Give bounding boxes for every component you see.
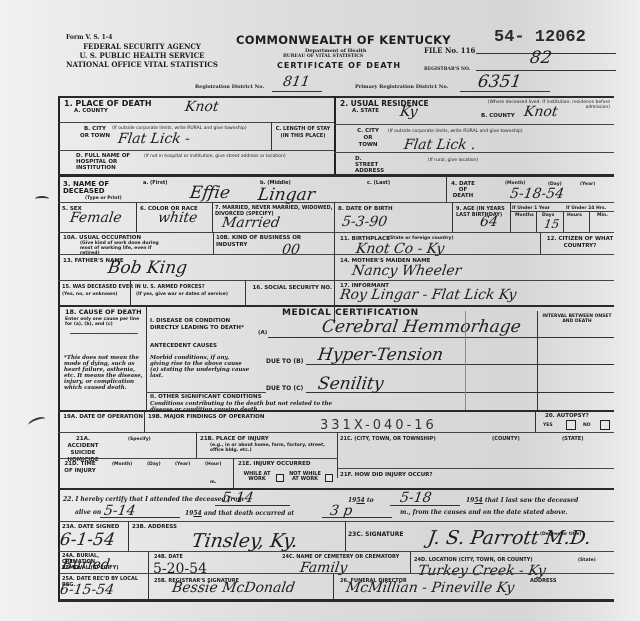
not-while-at-work-label: NOT WHILE AT WORK	[286, 472, 324, 482]
cause-line-a-value: Cerebral Hemmorhage	[321, 317, 523, 337]
date-of-birth-value: 5-3-90	[341, 214, 388, 230]
injury-county-label: (COUNTY)	[492, 436, 520, 443]
date-of-death-value: 5-18-54	[509, 186, 565, 202]
certification-statement-3: and that death occurred at	[204, 510, 294, 517]
length-of-stay-label: c. LENGTH OF STAY (in this place)	[274, 126, 332, 140]
autopsy-yes-label: YES	[543, 423, 553, 428]
burial-date-label: 24b. DATE	[154, 554, 183, 561]
cause-of-death-note: Enter only one cause per line for (a), (…	[65, 317, 145, 327]
operation-date-label: 19a. DATE OF OPERATION	[63, 414, 143, 421]
place-of-injury-note: (e.g., in or about home, farm, factory, …	[210, 443, 335, 453]
date-received-value: 6-15-54	[59, 582, 115, 598]
injury-month-label: (Month)	[112, 462, 132, 467]
other-conditions-label: II. OTHER SIGNIFICANT CONDITIONS	[150, 394, 262, 401]
death-county-value: Knot	[184, 99, 220, 115]
line-a-marker: (a)	[258, 330, 267, 337]
antecedent-note: Morbid conditions, if any, giving rise t…	[150, 355, 250, 379]
citizen-label: 12. CITIZEN OF WHAT COUNTRY?	[545, 236, 615, 250]
alive-on-value: 5-14	[103, 503, 137, 519]
place-of-injury-label: 21b. PLACE OF INJURY	[200, 436, 269, 443]
agency-line: U. S. PUBLIC HEALTH SERVICE	[62, 51, 222, 60]
death-county-label: a. COUNTY	[74, 108, 108, 115]
cause-line-c-value: Senility	[317, 374, 385, 394]
father-name-value: Bob King	[107, 258, 189, 278]
form-number: Form V. S. 1-4	[66, 34, 112, 41]
residence-city-note: (If outside corporate limits, write RURA…	[388, 129, 523, 134]
due-to-c-label: DUE TO (c)	[266, 385, 303, 392]
classification-code: 331X-040-16	[320, 418, 437, 433]
cause-footnote: *This does not mean the mode of dying, s…	[64, 355, 144, 391]
date-of-death-label: 4. DATE OF DEATH	[450, 181, 476, 199]
burial-value: Buried	[61, 557, 111, 573]
to-label: to	[367, 497, 374, 504]
primary-district-label: Primary Registration District No.	[355, 84, 448, 90]
antecedent-causes-label: ANTECEDENT CAUSES	[150, 343, 217, 350]
time-of-injury-label: 21d. TIME OF INJURY	[63, 461, 97, 475]
address-label: 23b. ADDRESS	[132, 524, 177, 531]
signature-label: 23c. SIGNATURE	[348, 531, 403, 538]
death-time-value: 3 p	[329, 503, 354, 519]
not-while-at-work-checkbox[interactable]	[325, 474, 333, 482]
first-name-value: Effie	[189, 183, 232, 203]
registration-district-value: 811	[282, 74, 311, 90]
death-certificate-page: Form V. S. 1-4 FEDERAL SECURITY AGENCY U…	[0, 0, 640, 621]
residence-state-label: a. STATE	[352, 108, 379, 115]
business-value: 00	[281, 242, 301, 258]
date-of-birth-label: 8. DATE OF BIRTH	[338, 206, 393, 213]
funeral-director-value: McMillian - Pineville Ky	[345, 580, 515, 596]
document-title: COMMONWEALTH OF KENTUCKY	[236, 33, 451, 47]
how-injury-occurred-label: 21f. HOW DID INJURY OCCUR?	[340, 472, 433, 479]
residence-county-value: Knot	[523, 104, 559, 120]
while-at-work-checkbox[interactable]	[276, 474, 284, 482]
agency-line: FEDERAL SECURITY AGENCY	[62, 42, 222, 51]
year1-value: 54	[356, 497, 364, 504]
bureau-label: BUREAU OF VITAL STATISTICS	[283, 54, 363, 59]
color-race-value: white	[157, 210, 199, 226]
death-city-label: b. CITY OR TOWN	[80, 126, 110, 140]
injury-hour-label: (Hour)	[205, 462, 221, 467]
certification-statement-4: m., from the causes and on the date stat…	[400, 510, 568, 516]
hospital-label: d. FULL NAME OF HOSPITAL OR INSTITUTION	[76, 153, 136, 171]
file-no-label: FILE No. 116	[424, 46, 475, 55]
margin-mark	[27, 415, 47, 429]
business-label: 10b. KIND OF BUSINESS OR INDUSTRY	[216, 235, 334, 249]
alive-on-label: alive on	[75, 510, 101, 516]
address-value: Tinsley, Ky.	[190, 530, 299, 552]
armed-forces-note-2: (If yes, give war or dates of service)	[136, 292, 228, 297]
first-name-label: a. (First)	[143, 181, 168, 186]
months-label: Months	[515, 213, 534, 218]
date-signed-value: 6-1-54	[59, 530, 117, 550]
cause-line-b-value: Hyper-Tension	[317, 345, 445, 365]
residence-city-value: Flat Lick .	[403, 137, 477, 153]
funeral-address-label: ADDRESS	[530, 578, 556, 585]
autopsy-no-checkbox[interactable]	[600, 420, 610, 430]
year-label: (Year)	[580, 182, 595, 187]
agency-block: FEDERAL SECURITY AGENCY U. S. PUBLIC HEA…	[62, 42, 222, 69]
death-city-value: Flat Lick -	[117, 131, 191, 147]
cause-of-death-label: 18. CAUSE OF DEATH	[65, 309, 142, 316]
certificate-title: CERTIFICATE OF DEATH	[277, 61, 401, 70]
burial-date-value: 5-20-54	[153, 561, 207, 577]
hours-label: Hours	[567, 213, 582, 218]
agency-line: NATIONAL OFFICE VITAL STATISTICS	[62, 60, 222, 69]
residence-street-label: d. STREET ADDRESS	[355, 156, 385, 174]
sex-value: Female	[69, 210, 123, 226]
accident-label: 21a. ACCIDENT SUICIDE HOMICIDE	[63, 436, 103, 464]
autopsy-label: 20. AUTOPSY?	[545, 413, 589, 420]
injury-city-label: 21c. (CITY, TOWN, OR TOWNSHIP)	[340, 436, 436, 443]
min-label: Min.	[597, 213, 608, 218]
injury-m-label: m.	[210, 480, 216, 485]
registrar-no-value: 82	[529, 48, 553, 68]
days-value: 15	[543, 217, 560, 231]
year3-value: 54	[193, 510, 201, 517]
certification-statement-1: 22. I hereby certify that I attended the…	[63, 497, 244, 503]
residence-state-value: Ky	[399, 104, 419, 120]
physician-signature: J. S. Parrott M.D.	[426, 527, 592, 549]
registration-district-label: Registration District No.	[195, 84, 264, 90]
margin-mark	[35, 196, 49, 202]
residence-county-label: b. COUNTY	[481, 113, 515, 120]
attended-from-value: 5-14	[221, 490, 255, 506]
hospital-note: (If not in hospital or institution, give…	[144, 154, 324, 159]
disease-condition-label: I. DISEASE OR CONDITION DIRECTLY LEADING…	[150, 318, 260, 332]
mother-name-value: Nancy Wheeler	[351, 263, 462, 279]
residence-city-label: c. CITY OR TOWN	[355, 128, 381, 149]
injury-year-label: (Year)	[175, 462, 190, 467]
year2-value: 54	[474, 497, 482, 504]
accident-specify: (Specify)	[128, 437, 151, 442]
ssn-label: 16. SOCIAL SECURITY NO.	[250, 284, 332, 292]
burial-location-value: Turkey Creek - Ky	[417, 563, 547, 579]
name-of-deceased-label: 3. NAME OF DECEASED	[63, 181, 133, 195]
while-at-work-label: WHILE AT WORK	[238, 472, 276, 482]
injury-state-label: (STATE)	[562, 436, 584, 443]
age-value: 64	[479, 214, 499, 230]
primary-district-value: 6351	[477, 72, 523, 92]
registrar-signature-value: Bessie McDonald	[171, 580, 296, 596]
file-number-stamp: 54- 12062	[494, 28, 586, 47]
armed-forces-note-1: (Yes, no, or unknown)	[62, 292, 117, 297]
last-name-label: c. (Last)	[367, 181, 390, 186]
residence-street-note: (If rural, give location)	[428, 158, 478, 163]
autopsy-yes-checkbox[interactable]	[566, 420, 576, 430]
registrar-no-label: REGISTRAR'S No.	[424, 67, 470, 72]
informant-value: Roy Lingar - Flat Lick Ky	[339, 287, 518, 303]
certification-statement-2: that I last saw the deceased	[485, 497, 579, 504]
name-note: (Type or Print)	[85, 196, 122, 201]
operation-findings-label: 19b. MAJOR FINDINGS OF OPERATION	[148, 414, 264, 421]
due-to-b-label: DUE TO (b)	[266, 358, 303, 365]
autopsy-no-label: NO	[583, 423, 591, 428]
injury-occurred-label: 21e. INJURY OCCURRED	[238, 461, 310, 468]
injury-day-label: (Day)	[147, 462, 161, 467]
burial-location-state-label: (State)	[578, 558, 596, 563]
attended-to-value: 5-18	[399, 490, 433, 506]
marital-status-value: Married	[221, 215, 281, 231]
interval-label: INTERVAL BETWEEN ONSET AND DEATH	[542, 314, 612, 324]
place-of-death-label: 1. PLACE OF DEATH	[64, 100, 152, 108]
